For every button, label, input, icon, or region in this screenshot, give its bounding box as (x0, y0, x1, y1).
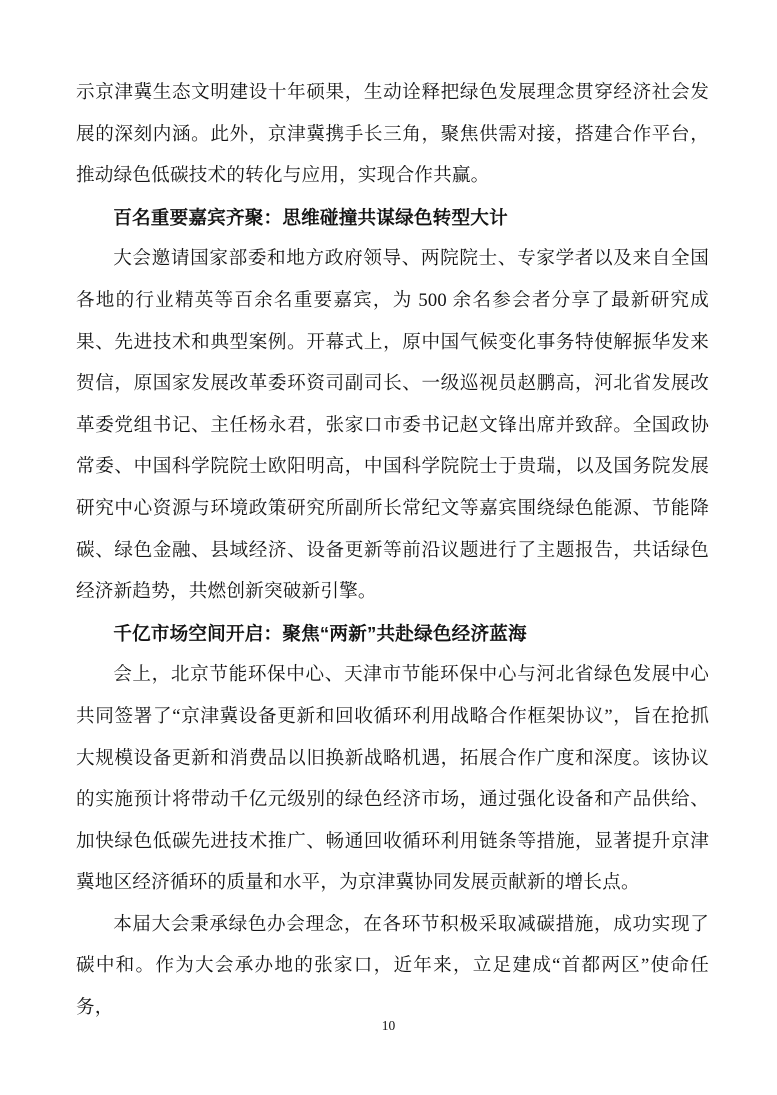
section-heading-market: 千亿市场空间开启：聚焦“两新”共赴绿色经济蓝海 (76, 613, 709, 655)
paragraph-carbon-neutral: 本届大会秉承绿色办会理念，在各环节积极采取减碳措施，成功实现了碳中和。作为大会承… (76, 904, 709, 1029)
document-page: 示京津冀生态文明建设十年硕果，生动诠释把绿色发展理念贯穿经济社会发展的深刻内涵。… (0, 0, 777, 1095)
paragraph-market-detail: 会上，北京节能环保中心、天津市节能环保中心与河北省绿色发展中心共同签署了“京津冀… (76, 654, 709, 904)
page-number: 10 (0, 1016, 777, 1036)
document-body: 示京津冀生态文明建设十年硕果，生动诠释把绿色发展理念贯穿经济社会发展的深刻内涵。… (76, 72, 709, 1029)
section-heading-guests: 百名重要嘉宾齐聚：思维碰撞共谋绿色转型大计 (76, 197, 709, 239)
paragraph-continuation: 示京津冀生态文明建设十年硕果，生动诠释把绿色发展理念贯穿经济社会发展的深刻内涵。… (76, 72, 709, 197)
paragraph-guests-detail: 大会邀请国家部委和地方政府领导、两院院士、专家学者以及来自全国各地的行业精英等百… (76, 238, 709, 612)
